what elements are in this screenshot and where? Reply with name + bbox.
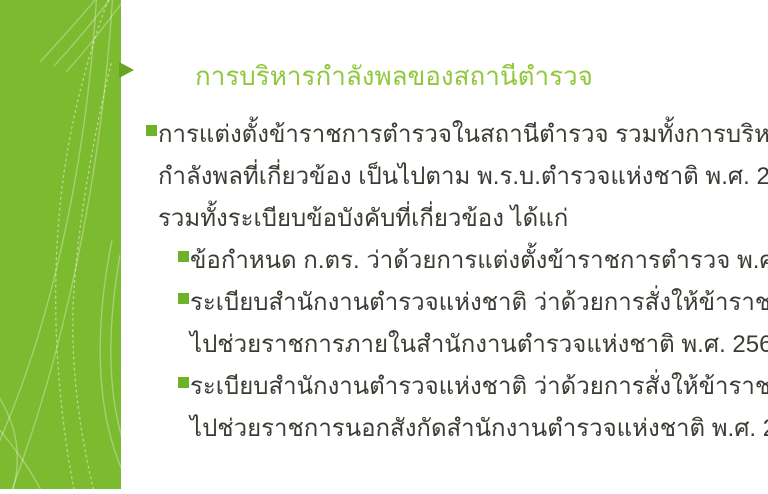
bullet-text: ข้อกำหนด ก.ตร. ว่าด้วยการแต่งตั้งข้าราชก… — [178, 240, 768, 282]
bullet-line: การแต่งตั้งข้าราชการตำรวจในสถานีตำรวจ รว… — [158, 114, 768, 156]
bullet-line: ไปช่วยราชการภายในสำนักงานตำรวจแห่งชาติ พ… — [190, 324, 768, 366]
bullet-text: การแต่งตั้งข้าราชการตำรวจในสถานีตำรวจ รว… — [146, 114, 768, 240]
title-arrow-icon — [119, 62, 134, 78]
bullet-item: ข้อกำหนด ก.ตร. ว่าด้วยการแต่งตั้งข้าราชก… — [178, 240, 768, 282]
bullet-line: กำลังพลที่เกี่ยวข้อง เป็นไปตาม พ.ร.บ.ตำร… — [158, 156, 768, 198]
bullet-list: การแต่งตั้งข้าราชการตำรวจในสถานีตำรวจ รว… — [0, 114, 768, 450]
bullet-line: ข้อกำหนด ก.ตร. ว่าด้วยการแต่งตั้งข้าราชก… — [190, 240, 768, 282]
bullet-item: การแต่งตั้งข้าราชการตำรวจในสถานีตำรวจ รว… — [146, 114, 768, 240]
bullet-line: รวมทั้งระเบียบข้อบังคับที่เกี่ยวข้อง ได้… — [158, 198, 768, 240]
bullet-item: ระเบียบสำนักงานตำรวจแห่งชาติ ว่าด้วยการส… — [178, 366, 768, 450]
slide-canvas: การบริหารกำลังพลของสถานีตำรวจ การแต่งตั้… — [0, 0, 768, 494]
bullet-text: ระเบียบสำนักงานตำรวจแห่งชาติ ว่าด้วยการส… — [178, 282, 768, 366]
slide-title: การบริหารกำลังพลของสถานีตำรวจ — [195, 58, 593, 94]
bullet-text: ระเบียบสำนักงานตำรวจแห่งชาติ ว่าด้วยการส… — [178, 366, 768, 450]
bullet-square-icon — [146, 125, 157, 136]
bullet-square-icon — [178, 251, 189, 262]
bullet-line: ระเบียบสำนักงานตำรวจแห่งชาติ ว่าด้วยการส… — [190, 366, 768, 408]
bullet-square-icon — [178, 293, 189, 304]
bullet-item: ระเบียบสำนักงานตำรวจแห่งชาติ ว่าด้วยการส… — [178, 282, 768, 366]
bullet-line: ไปช่วยราชการนอกสังกัดสำนักงานตำรวจแห่งชา… — [190, 408, 768, 450]
bullet-line: ระเบียบสำนักงานตำรวจแห่งชาติ ว่าด้วยการส… — [190, 282, 768, 324]
bullet-square-icon — [178, 377, 189, 388]
